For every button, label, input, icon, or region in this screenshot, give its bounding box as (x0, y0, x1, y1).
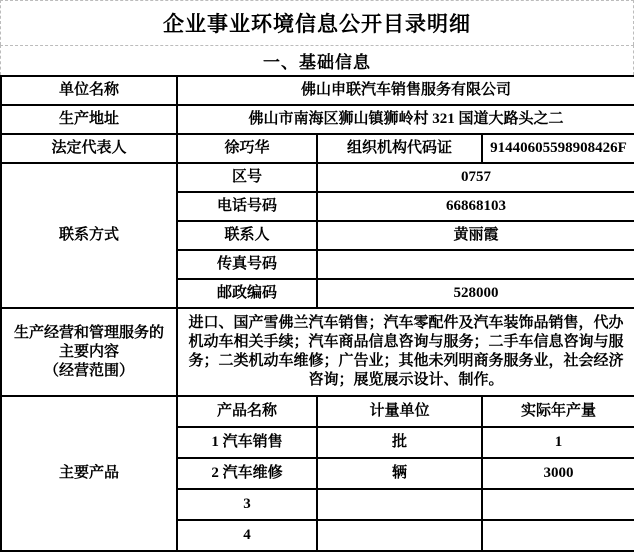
table-row-unit-name: 单位名称 佛山申联汽车销售服务有限公司 (1, 76, 634, 105)
product-1-unit: 批 (317, 427, 482, 458)
business-scope-label: 生产经营和管理服务的 主要内容 （经营范围） (1, 308, 177, 396)
contact-section-label: 联系方式 (1, 163, 177, 308)
contact-person-label: 联系人 (177, 221, 317, 250)
product-2-output: 3000 (482, 458, 634, 489)
unit-name-label: 单位名称 (1, 76, 177, 105)
business-scope-content: 进口、国产雪佛兰汽车销售；汽车零配件及汽车装饰品销售，代办机动车相关手续；汽车商… (177, 308, 634, 396)
area-code-label: 区号 (177, 163, 317, 192)
product-3-unit (317, 489, 482, 520)
org-code-value: 91440605598908426F (482, 134, 634, 163)
products-section-label: 主要产品 (1, 396, 177, 551)
table-row-area-code: 联系方式 区号 0757 (1, 163, 634, 192)
fax-label: 传真号码 (177, 250, 317, 279)
product-4-unit (317, 520, 482, 551)
product-name-header: 产品名称 (177, 396, 317, 427)
product-4-name: 4 (177, 520, 317, 551)
table-row-business-scope: 生产经营和管理服务的 主要内容 （经营范围） 进口、国产雪佛兰汽车销售；汽车零配… (1, 308, 634, 396)
area-code-value: 0757 (317, 163, 634, 192)
postal-code-label: 邮政编码 (177, 279, 317, 308)
document-page: 企业事业环境信息公开目录明细 一、基础信息 单位名称 佛山申联汽车销售服务有限公… (0, 0, 634, 553)
page-title: 企业事业环境信息公开目录明细 (0, 0, 634, 45)
product-3-name: 3 (177, 489, 317, 520)
org-code-label: 组织机构代码证 (317, 134, 482, 163)
table-row-legal-rep: 法定代表人 徐巧华 组织机构代码证 91440605598908426F (1, 134, 634, 163)
product-4-output (482, 520, 634, 551)
unit-name-value: 佛山申联汽车销售服务有限公司 (177, 76, 634, 105)
product-1-name: 1 汽车销售 (177, 427, 317, 458)
phone-value: 66868103 (317, 192, 634, 221)
product-unit-header: 计量单位 (317, 396, 482, 427)
legal-rep-value: 徐巧华 (177, 134, 317, 163)
fax-value (317, 250, 634, 279)
address-value: 佛山市南海区狮山镇狮岭村 321 国道大路头之二 (177, 105, 634, 134)
product-3-output (482, 489, 634, 520)
phone-label: 电话号码 (177, 192, 317, 221)
table-row-product-headers: 主要产品 产品名称 计量单位 实际年产量 (1, 396, 634, 427)
product-output-header: 实际年产量 (482, 396, 634, 427)
contact-person-value: 黄丽霞 (317, 221, 634, 250)
product-2-unit: 辆 (317, 458, 482, 489)
product-2-name: 2 汽车维修 (177, 458, 317, 489)
basic-info-table: 单位名称 佛山申联汽车销售服务有限公司 生产地址 佛山市南海区狮山镇狮岭村 32… (0, 75, 634, 552)
postal-code-value: 528000 (317, 279, 634, 308)
legal-rep-label: 法定代表人 (1, 134, 177, 163)
product-1-output: 1 (482, 427, 634, 458)
table-row-address: 生产地址 佛山市南海区狮山镇狮岭村 321 国道大路头之二 (1, 105, 634, 134)
address-label: 生产地址 (1, 105, 177, 134)
section-header-basic-info: 一、基础信息 (0, 45, 634, 75)
